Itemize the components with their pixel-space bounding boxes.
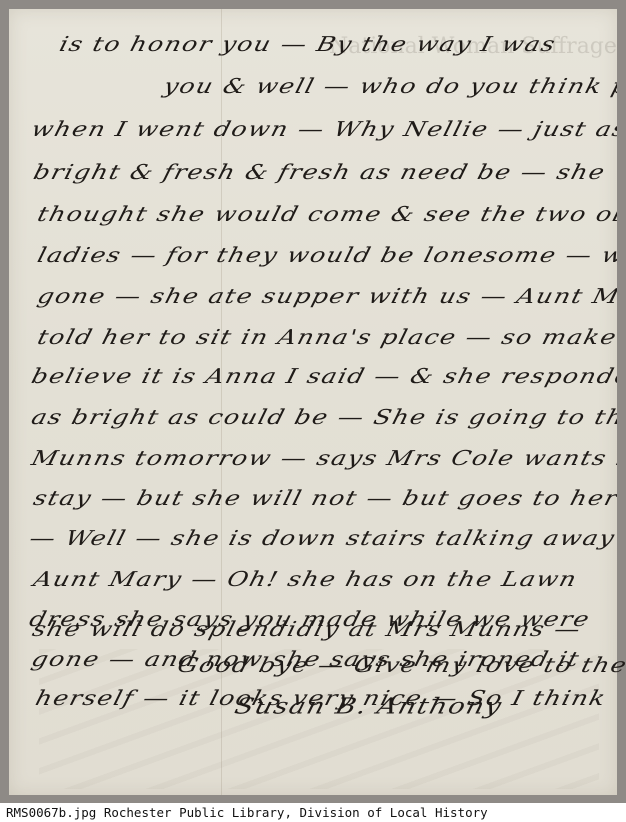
handwritten-line: is to honor you — By the way I was [57, 32, 559, 56]
handwritten-line: Aunt Mary — Oh! she has on the Lawn [31, 567, 580, 591]
signature: Susan B. Anthony [232, 694, 505, 719]
handwritten-line: gone — she ate supper with us — Aunt Mar… [35, 284, 617, 308]
image-caption: RMS0067b.jpg Rochester Public Library, D… [6, 803, 488, 822]
handwritten-line: ladies — for they would be lonesome — wi… [35, 243, 617, 267]
handwritten-line: as bright as could be — She is going to … [29, 405, 617, 429]
handwritten-line: bright & fresh & fresh as need be — she [31, 160, 608, 184]
handwritten-line: she will do splendidly at Mrs Munns — [30, 617, 584, 641]
handwritten-line: believe it is Anna I said — & she respon… [29, 364, 617, 388]
handwritten-line: stay — but she will not — but goes to he… [31, 486, 617, 510]
handwritten-line: told her to sit in Anna's place — so mak… [35, 325, 617, 349]
handwritten-line: you & well — who do you think popped in [29, 74, 617, 98]
handwritten-line: when I went down — Why Nellie — just as [29, 117, 617, 141]
handwritten-line: thought she would come & see the two old [35, 202, 617, 226]
handwritten-line: Munns tomorrow — says Mrs Cole wants her… [29, 446, 617, 470]
letter-page: National Woman Suffrage Association. is … [9, 9, 617, 795]
handwritten-line: — Well — she is down stairs talking away… [27, 526, 617, 550]
handwritten-line: Good bye — Give my love to the trio — [175, 653, 626, 677]
